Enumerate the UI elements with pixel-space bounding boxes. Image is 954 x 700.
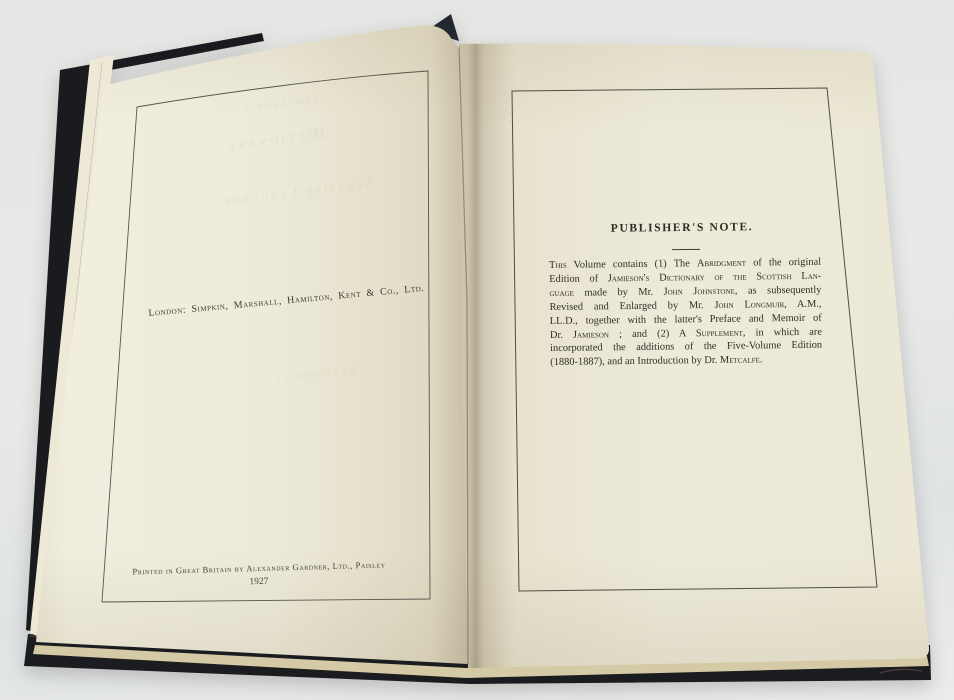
open-book-illustration	[0, 0, 954, 700]
book-photo-scene: Jamieson's Dictionary Scottish Language …	[0, 0, 954, 700]
left-page-shading	[36, 25, 468, 664]
right-page-shading	[459, 43, 929, 668]
gutter-shadow	[432, 20, 516, 680]
